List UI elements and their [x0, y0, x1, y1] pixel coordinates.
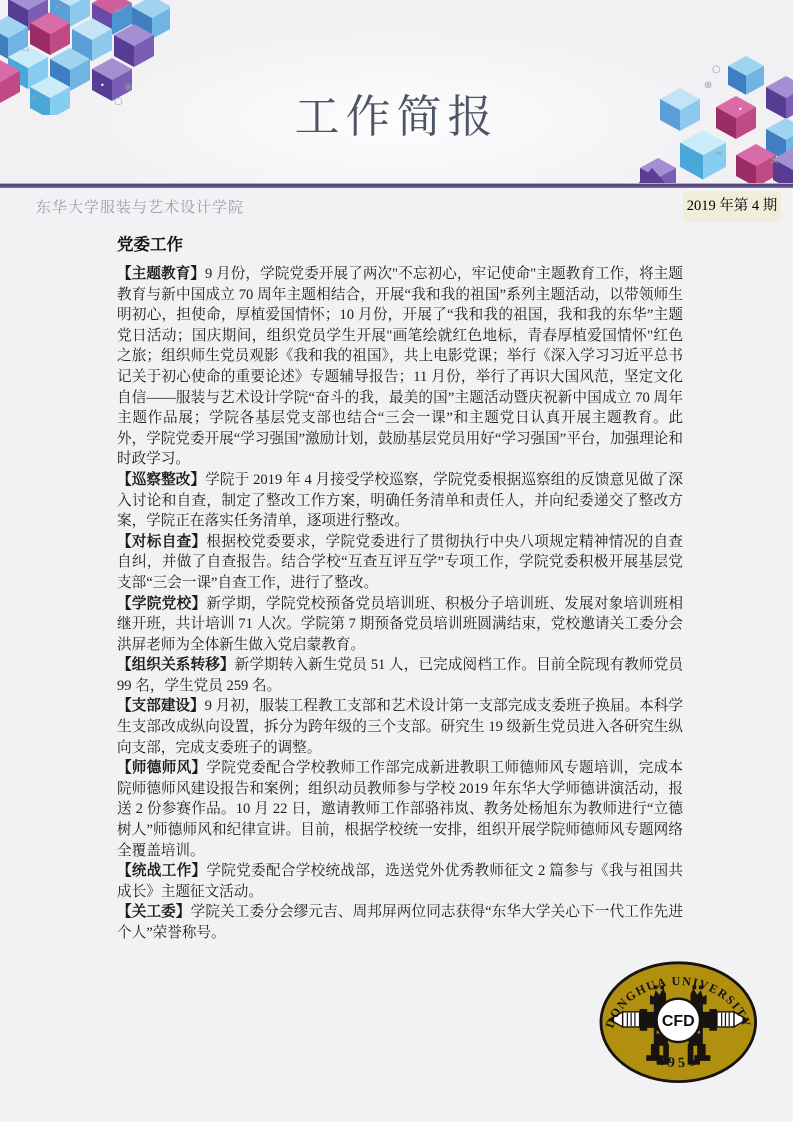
bulletin-paragraph: 【主题教育】9 月份，学院党委开展了两次"不忘初心，牢记使命"主题教育工作，将主…: [117, 264, 683, 470]
svg-text:≈: ≈: [114, 6, 122, 16]
paragraph-label: 【主题教育】: [117, 266, 205, 282]
bulletin-paragraph: 【师德师风】学院党委配合学校教师工作部完成新进教职工师德师风专题培训，完成本院师…: [117, 758, 683, 861]
paragraph-text: 9 月份，学院党委开展了两次"不忘初心，牢记使命"主题教育工作，将主题教育与新中…: [117, 266, 683, 467]
paragraph-list: 【主题教育】9 月份，学院党委开展了两次"不忘初心，牢记使命"主题教育工作，将主…: [117, 264, 683, 944]
bulletin-paragraph: 【学院党校】新学期，学院党校预备党员培训班、积极分子培训班、发展对象培训班相继开…: [117, 594, 683, 656]
svg-text:≈: ≈: [715, 149, 723, 159]
bulletin-paragraph: 【支部建设】9 月初，服装工程教工支部和艺术设计第一支部完成支委班子换届。本科学…: [117, 696, 683, 758]
svg-text:○: ○: [712, 64, 721, 75]
paragraph-label: 【组织关系转移】: [117, 657, 235, 673]
paragraph-label: 【支部建设】: [117, 698, 205, 714]
header-banner: ×≈△⊕○«• ○⊕×≈• 工作简报: [0, 0, 793, 186]
svg-text:△: △: [22, 43, 29, 53]
paragraph-label: 【统战工作】: [117, 863, 206, 879]
bulletin-paragraph: 【对标自查】根据校党委要求，学院党委进行了贯彻执行中央八项规定精神情况的自查自纠…: [117, 532, 683, 594]
bulletin-paragraph: 【统战工作】学院党委配合学校统战部，选送党外优秀教师征文 2 篇参与《我与祖国共…: [117, 861, 683, 902]
page-title: 工作简报: [0, 80, 793, 145]
bulletin-paragraph: 【组织关系转移】新学期转入新生党员 51 人，已完成阅档工作。目前全院现有教师党…: [117, 655, 683, 696]
section-heading: 党委工作: [117, 231, 683, 255]
svg-text:×: ×: [770, 154, 779, 167]
issue-badge: 2019 年第 4 期: [683, 191, 781, 222]
header-divider: [0, 183, 793, 188]
paragraph-label: 【巡察整改】: [117, 472, 205, 488]
paragraph-label: 【师德师风】: [117, 760, 206, 776]
organization-name: 东华大学服装与艺术设计学院: [36, 196, 244, 217]
bulletin-content: 党委工作 【主题教育】9 月份，学院党委开展了两次"不忘初心，牢记使命"主题教育…: [117, 231, 683, 944]
paragraph-label: 【学院党校】: [117, 596, 206, 612]
paragraph-label: 【关工委】: [117, 904, 191, 920]
bulletin-paragraph: 【关工委】学院关工委分会缪元吉、周邦屏两位同志获得“东华大学关心下一代工作先进个…: [117, 902, 683, 943]
paragraph-text: 学院关工委分会缪元吉、周邦屏两位同志获得“东华大学关心下一代工作先进个人”荣誉称…: [117, 904, 683, 941]
seal-cfd-text: CFD: [662, 1012, 695, 1030]
svg-text:×: ×: [53, 0, 62, 13]
university-seal: CFD DONGHUA UNIVERSITY 1951: [598, 960, 768, 1092]
bulletin-paragraph: 【巡察整改】学院于 2019 年 4 月接受学校巡察，学院党委根据巡察组的反馈意…: [117, 470, 683, 532]
paragraph-label: 【对标自查】: [117, 534, 206, 550]
bulletin-page: ×≈△⊕○«• ○⊕×≈• 工作简报 东华大学服装与艺术设计学院 2019 年第…: [0, 0, 793, 1122]
